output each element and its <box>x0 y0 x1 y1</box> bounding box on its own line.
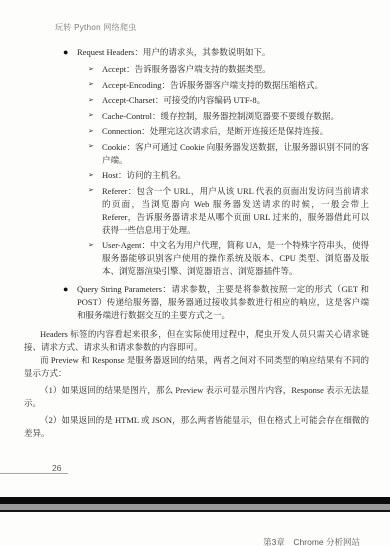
list-item-text: Cookie：客户可通过 Cookie 向服务器发送数据，让服务器识别不同的客户… <box>102 142 369 165</box>
list-item-text: Query String Parameters：请求参数，主要是将参数按照一定的… <box>77 284 369 320</box>
arrow-bullet-icon: ➢ <box>88 140 94 153</box>
next-page-top-edge: 第3章 Chrome 分析网站 <box>0 512 390 546</box>
list-item-text: Accept：告诉服务器客户端支持的数据类型。 <box>102 64 271 74</box>
list-item-request-headers: ● Request Headers：用户的请求头，其参数说明如下。 <box>24 46 369 59</box>
arrow-bullet-icon: ➢ <box>88 109 94 122</box>
list-item-text: Request Headers：用户的请求头，其参数说明如下。 <box>77 47 270 57</box>
running-footer-chapter: 第3章 Chrome 分析网站 <box>263 536 360 546</box>
arrow-bullet-icon: ➢ <box>88 169 94 182</box>
arrow-bullet-icon: ➢ <box>88 63 94 76</box>
list-item: ➢ Accept-Charset：可接受的内容编码 UTF-8。 <box>24 94 369 107</box>
bullet-icon: ● <box>63 283 68 296</box>
arrow-bullet-icon: ➢ <box>88 184 94 197</box>
list-item: ➢ User-Agent：中文名为用户代理，简称 UA，是一个特殊字符串头，使得… <box>24 239 369 278</box>
list-item: ➢ Connection：处理完这次请求后，是断开连接还是保持连接。 <box>24 125 369 138</box>
arrow-bullet-icon: ➢ <box>88 239 94 252</box>
list-item-query-string: ● Query String Parameters：请求参数，主要是将参数按照一… <box>24 283 369 322</box>
paragraph: 而 Preview 和 Response 是服务器返回的结果，两者之间对不同类型… <box>24 354 369 380</box>
paragraph-numbered-2: （2）如果返回的是 HTML 或 JSON，那么两者皆能显示，但在格式上可能会存… <box>24 414 369 440</box>
list-item: ➢ Accept：告诉服务器客户端支持的数据类型。 <box>24 63 369 76</box>
list-item-text: Cache-Control：缓存控制，服务器控制浏览器要不要缓存数据。 <box>102 111 339 121</box>
list-item: ➢ Host：访问的主机名。 <box>24 169 369 182</box>
running-header: 玩转 Python 网络爬虫 <box>55 22 137 33</box>
page-number-rule <box>0 473 68 474</box>
list-item-text: Accept-Encoding：告诉服务器客户端支持的数据压缩格式。 <box>102 80 323 90</box>
page-break-bar-top <box>0 497 390 504</box>
list-item: ➢ Referer：包含一个 URL，用户从该 URL 代表的页面出发访问当前请… <box>24 185 369 237</box>
list-item: ➢ Accept-Encoding：告诉服务器客户端支持的数据压缩格式。 <box>24 79 369 92</box>
page-content: ● Request Headers：用户的请求头，其参数说明如下。 ➢ Acce… <box>24 46 369 440</box>
body-paragraphs: Headers 标签的内容看起来很多，但在实际使用过程中，爬虫开发人员只需关心请… <box>24 328 369 440</box>
arrow-bullet-icon: ➢ <box>88 78 94 91</box>
bullet-icon: ● <box>63 46 68 59</box>
book-page-26: 玩转 Python 网络爬虫 ● Request Headers：用户的请求头，… <box>0 0 390 497</box>
arrow-bullet-icon: ➢ <box>88 94 94 107</box>
paragraph-numbered-1: （1）如果返回的结果是图片，那么 Preview 表示可显示图片内容，Respo… <box>24 384 369 410</box>
arrow-bullet-icon: ➢ <box>88 125 94 138</box>
list-item: ➢ Cache-Control：缓存控制，服务器控制浏览器要不要缓存数据。 <box>24 110 369 123</box>
list-item: ➢ Cookie：客户可通过 Cookie 向服务器发送数据，让服务器识别不同的… <box>24 141 369 167</box>
list-item-text: Host：访问的主机名。 <box>102 170 186 180</box>
request-headers-sublist: ➢ Accept：告诉服务器客户端支持的数据类型。 ➢ Accept-Encod… <box>24 63 369 278</box>
list-item-text: User-Agent：中文名为用户代理，简称 UA，是一个特殊字符串头，使得服务… <box>102 240 369 276</box>
list-item-text: Accept-Charset：可接受的内容编码 UTF-8。 <box>102 95 265 105</box>
page-number: 26 <box>52 463 61 473</box>
list-item-text: Connection：处理完这次请求后，是断开连接还是保持连接。 <box>102 126 328 136</box>
list-item-text: Referer：包含一个 URL，用户从该 URL 代表的页面出发访问当前请求的… <box>102 186 369 235</box>
paragraph: Headers 标签的内容看起来很多，但在实际使用过程中，爬虫开发人员只需关心请… <box>24 328 369 354</box>
